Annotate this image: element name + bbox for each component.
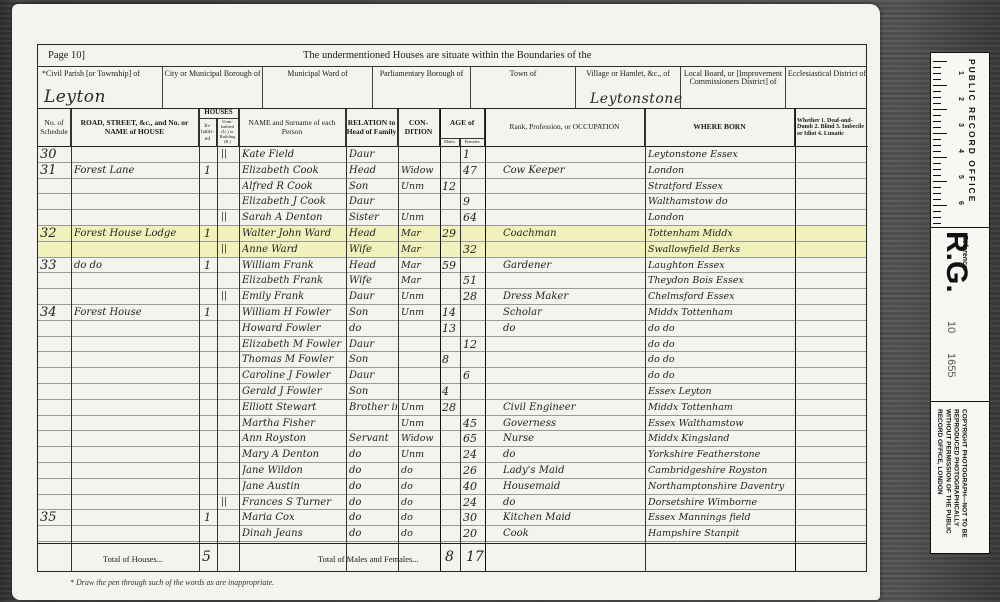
cell-inhabited: [204, 289, 216, 305]
cell-condition: Mar: [401, 242, 439, 258]
header-uninhabited: Unin-habited (U.) or Building (B.): [217, 119, 239, 147]
table-row: Ann RoystonServantWidow65NurseMiddx King…: [38, 431, 866, 447]
civil-parish-cell: *Civil Parish [or Township] of Leyton: [38, 67, 163, 109]
cell-inhabited: [204, 194, 216, 210]
ruler-tick: [933, 163, 941, 164]
cell-female: 12: [463, 337, 484, 353]
ruler-tick: [933, 61, 947, 62]
cell-occupation: Dress Maker: [503, 289, 643, 305]
cell-road: [74, 463, 198, 479]
cell-unin: [221, 384, 237, 400]
cell-female: 28: [463, 289, 484, 305]
rule: [217, 119, 218, 571]
rule: [239, 109, 240, 571]
cell-occupation: Housemaid: [503, 479, 643, 495]
ruler-tick: [933, 127, 941, 128]
cell-born: Middx Kingsland: [648, 431, 794, 447]
city-cell: City or Municipal Borough of: [163, 67, 263, 109]
table-row: ||Frances S Turnerdodo24doDorsetshire Wi…: [38, 495, 866, 511]
cell-relation: Daur: [349, 289, 397, 305]
cell-road: Forest Lane: [74, 163, 198, 179]
total-females-value: 17: [466, 548, 484, 568]
town-cell: Town of: [471, 67, 576, 109]
cell-born: Stratford Essex: [648, 179, 794, 195]
cell-road: [74, 194, 198, 210]
cell-name: William Frank: [242, 258, 345, 274]
rule: [398, 109, 399, 571]
ruler-tick: [933, 139, 941, 140]
header-infirmity: Whether 1. Deaf-and-Dumb 2. Blind 3. Imb…: [795, 109, 868, 147]
cell-unin: [221, 510, 237, 526]
cell-condition: Mar: [401, 273, 439, 289]
cell-male: [442, 273, 460, 289]
parliamentary-label: Parliamentary Borough of: [380, 69, 464, 78]
cell-unin: [221, 463, 237, 479]
header-females: Females: [460, 139, 485, 147]
cell-unin: [221, 258, 237, 274]
cell-schedule: 31: [40, 163, 70, 179]
table-row: Elizabeth FrankWifeMar51Theydon Bois Ess…: [38, 273, 866, 289]
table-row: Mary A DentondoUnm24doYorkshire Feathers…: [38, 447, 866, 463]
cell-male: 28: [442, 400, 460, 416]
cell-condition: Unm: [401, 400, 439, 416]
cell-occupation: do: [503, 495, 643, 511]
cell-condition: [401, 147, 439, 163]
cell-road: [74, 321, 198, 337]
cell-occupation: Kitchen Maid: [503, 510, 643, 526]
header-relation: RELATION to Head of Family: [346, 109, 398, 147]
cell-male: [442, 447, 460, 463]
cell-inhabited: [204, 273, 216, 289]
cell-relation: do: [349, 321, 397, 337]
cell-road: [74, 352, 198, 368]
cell-unin: ||: [221, 210, 237, 226]
ruler-tick: [933, 169, 941, 170]
cell-schedule: [40, 526, 70, 542]
cell-born: Essex Walthamstow: [648, 416, 794, 432]
cell-relation: Son: [349, 352, 397, 368]
cell-condition: Mar: [401, 226, 439, 242]
table-row: ||Anne WardWifeMar32Swallowfield Berks: [38, 242, 866, 258]
cell-female: 47: [463, 163, 484, 179]
cell-inhabited: 1: [204, 305, 216, 321]
cell-schedule: [40, 463, 70, 479]
cell-occupation: Governess: [503, 416, 643, 432]
cell-born: Walthamstow do: [648, 194, 794, 210]
cell-unin: [221, 416, 237, 432]
cell-road: [74, 384, 198, 400]
table-row: Alfred R CookSonUnm12Stratford Essex: [38, 179, 866, 195]
cell-condition: Unm: [401, 179, 439, 195]
cell-condition: [401, 337, 439, 353]
header-road: ROAD, STREET, &c., and No. or NAME of HO…: [71, 109, 199, 147]
table-row: 30||Kate FieldDaur1Leytonstone Essex: [38, 147, 866, 163]
header-age: AGE of: [440, 109, 485, 139]
header-schedule: No. of Schedule: [38, 109, 71, 147]
city-label: City or Municipal Borough of: [165, 69, 261, 78]
cell-male: [442, 416, 460, 432]
cell-male: [442, 289, 460, 305]
pro-reference-strip: PUBLIC RECORD OFFICE 123456 Reference:— …: [930, 52, 990, 554]
cell-condition: Unm: [401, 210, 439, 226]
cell-relation: Head: [349, 226, 397, 242]
cell-female: 24: [463, 447, 484, 463]
cell-occupation: Civil Engineer: [503, 400, 643, 416]
cell-male: 12: [442, 179, 460, 195]
ruler-number: 6: [957, 201, 964, 205]
cell-name: Ann Royston: [242, 431, 345, 447]
cell-inhabited: [204, 526, 216, 542]
series-code: R.G.: [939, 231, 973, 293]
cell-inhabited: 1: [204, 258, 216, 274]
cell-occupation: [503, 210, 643, 226]
cell-name: William H Fowler: [242, 305, 345, 321]
cell-unin: [221, 431, 237, 447]
header-houses: HOUSES: [199, 109, 239, 119]
ward-label: Municipal Ward of: [287, 69, 348, 78]
ruler-tick: [933, 151, 941, 152]
cell-name: Thomas M Fowler: [242, 352, 345, 368]
cell-male: 14: [442, 305, 460, 321]
table-row: Jane Wildondodo26Lady's MaidCambridgeshi…: [38, 463, 866, 479]
cell-schedule: [40, 352, 70, 368]
cell-occupation: Cow Keeper: [503, 163, 643, 179]
cell-condition: [401, 368, 439, 384]
cell-unin: [221, 526, 237, 542]
cell-occupation: Gardener: [503, 258, 643, 274]
table-row: Howard Fowlerdo13dodo do: [38, 321, 866, 337]
cell-schedule: [40, 495, 70, 511]
cell-road: [74, 368, 198, 384]
cell-condition: do: [401, 495, 439, 511]
cell-born: Yorkshire Featherstone: [648, 447, 794, 463]
cell-female: [463, 400, 484, 416]
table-row: ||Sarah A DentonSisterUnm64London: [38, 210, 866, 226]
ruler-number: 2: [957, 97, 964, 101]
ruler-tick: [933, 181, 947, 182]
cell-relation: do: [349, 479, 397, 495]
cell-relation: Wife: [349, 273, 397, 289]
ruler-tick: [933, 193, 941, 194]
page-header: Page 10] The undermentioned Houses are s…: [38, 45, 866, 67]
header-where-born: WHERE BORN: [645, 109, 795, 147]
cell-unin: [221, 368, 237, 384]
cell-road: [74, 289, 198, 305]
cell-schedule: 33: [40, 258, 70, 274]
cell-female: [463, 179, 484, 195]
ruler-number: 5: [957, 175, 964, 179]
cell-born: Cambridgeshire Royston: [648, 463, 794, 479]
cell-occupation: [503, 242, 643, 258]
cell-schedule: [40, 447, 70, 463]
copyright-notice: COPYRIGHT PHOTOGRAPH—NOT TO BE REPRODUCE…: [935, 409, 968, 549]
civil-parish-label: *Civil Parish [or Township] of: [42, 69, 140, 78]
cell-occupation: Cook: [503, 526, 643, 542]
table-row: Jane Austindodo40HousemaidNorthamptonshi…: [38, 479, 866, 495]
cell-name: Jane Austin: [242, 479, 345, 495]
cell-occupation: Lady's Maid: [503, 463, 643, 479]
cell-name: Maria Cox: [242, 510, 345, 526]
cell-born: do do: [648, 321, 794, 337]
cell-name: Emily Frank: [242, 289, 345, 305]
cell-road: [74, 179, 198, 195]
cell-inhabited: [204, 147, 216, 163]
cell-schedule: 35: [40, 510, 70, 526]
cell-female: 9: [463, 194, 484, 210]
cell-condition: Mar: [401, 258, 439, 274]
cell-name: Sarah A Denton: [242, 210, 345, 226]
footnote: * Draw the pen through such of the words…: [70, 578, 274, 587]
cell-unin: [221, 400, 237, 416]
cell-schedule: [40, 273, 70, 289]
cell-name: Elizabeth J Cook: [242, 194, 345, 210]
cell-relation: do: [349, 510, 397, 526]
ruler-number: 4: [957, 149, 964, 153]
cell-name: Martha Fisher: [242, 416, 345, 432]
cell-female: 24: [463, 495, 484, 511]
cell-unin: ||: [221, 147, 237, 163]
cell-born: Swallowfield Berks: [648, 242, 794, 258]
cell-inhabited: [204, 242, 216, 258]
cell-born: Essex Mannings field: [648, 510, 794, 526]
cell-name: Mary A Denton: [242, 447, 345, 463]
cell-male: [442, 194, 460, 210]
cell-relation: Son: [349, 305, 397, 321]
cell-born: Middx Tottenham: [648, 305, 794, 321]
cell-condition: do: [401, 463, 439, 479]
cell-road: [74, 242, 198, 258]
cell-condition: Unm: [401, 289, 439, 305]
page-number: Page 10]: [48, 50, 85, 61]
rule: [440, 109, 441, 571]
cell-inhabited: [204, 431, 216, 447]
village-cell: Village or Hamlet, &c., of Leytonstone: [576, 67, 681, 109]
cell-male: [442, 163, 460, 179]
cell-name: Gerald J Fowler: [242, 384, 345, 400]
cell-relation: Son: [349, 384, 397, 400]
cell-schedule: [40, 479, 70, 495]
cell-occupation: do: [503, 321, 643, 337]
cell-occupation: [503, 352, 643, 368]
cell-condition: Unm: [401, 416, 439, 432]
cell-female: 51: [463, 273, 484, 289]
cell-unin: ||: [221, 495, 237, 511]
ruler-tick: [933, 67, 941, 68]
cell-name: Howard Fowler: [242, 321, 345, 337]
cell-born: do do: [648, 352, 794, 368]
cell-male: [442, 431, 460, 447]
ruler-number: 3: [957, 123, 964, 127]
ruler-tick: [933, 217, 941, 218]
cell-road: Forest House: [74, 305, 198, 321]
cell-born: Leytonstone Essex: [648, 147, 794, 163]
cell-unin: [221, 305, 237, 321]
cell-schedule: [40, 337, 70, 353]
header-occupation: Rank, Profession, or OCCUPATION: [485, 109, 645, 147]
cell-schedule: [40, 242, 70, 258]
cell-female: [463, 321, 484, 337]
cell-born: Chelmsford Essex: [648, 289, 794, 305]
cell-name: Caroline J Fowler: [242, 368, 345, 384]
cell-relation: Sister: [349, 210, 397, 226]
cell-road: Forest House Lodge: [74, 226, 198, 242]
cell-occupation: Scholar: [503, 305, 643, 321]
cell-inhabited: [204, 368, 216, 384]
cell-road: [74, 147, 198, 163]
ecclesiastical-label: Ecclesiastical District of: [788, 69, 866, 78]
rule: [460, 139, 461, 571]
table-row: Elliott StewartBrother in lawUnm28Civil …: [38, 400, 866, 416]
rule: [795, 109, 796, 571]
cell-unin: [221, 352, 237, 368]
cell-relation: Wife: [349, 242, 397, 258]
cell-male: 29: [442, 226, 460, 242]
ruler-tick: [933, 121, 941, 122]
cell-female: 30: [463, 510, 484, 526]
cell-male: 4: [442, 384, 460, 400]
cell-unin: [221, 179, 237, 195]
cell-inhabited: 1: [204, 163, 216, 179]
cell-female: 45: [463, 416, 484, 432]
cell-relation: do: [349, 526, 397, 542]
header-males: Males: [440, 139, 460, 147]
cell-born: Essex Leyton: [648, 384, 794, 400]
cell-born: do do: [648, 368, 794, 384]
cell-born: do do: [648, 337, 794, 353]
cell-unin: [221, 479, 237, 495]
ruler-tick: [933, 115, 941, 116]
cell-relation: Head: [349, 258, 397, 274]
civil-parish-value: Leyton: [44, 89, 106, 107]
cell-inhabited: [204, 495, 216, 511]
cell-inhabited: [204, 416, 216, 432]
cell-road: [74, 510, 198, 526]
cell-occupation: Coachman: [503, 226, 643, 242]
cell-relation: Daur: [349, 368, 397, 384]
cell-schedule: [40, 431, 70, 447]
table-row: Thomas M FowlerSon8do do: [38, 352, 866, 368]
table-row: Elizabeth J CookDaur9Walthamstow do: [38, 194, 866, 210]
ruler-tick: [933, 187, 941, 188]
cell-schedule: 34: [40, 305, 70, 321]
cell-occupation: do: [503, 447, 643, 463]
cell-relation: Servant: [349, 431, 397, 447]
cell-name: Walter John Ward: [242, 226, 345, 242]
cell-female: [463, 258, 484, 274]
ruler-tick: [933, 97, 941, 98]
page-title: The undermentioned Houses are situate wi…: [303, 50, 591, 61]
cell-relation: Daur: [349, 194, 397, 210]
ruler-tick: [933, 109, 947, 110]
header-name: NAME and Surname of each Person: [239, 109, 346, 147]
cell-condition: Unm: [401, 305, 439, 321]
cell-inhabited: [204, 447, 216, 463]
table-row: 32Forest House Lodge1Walter John WardHea…: [38, 226, 866, 242]
cell-relation: Son: [349, 179, 397, 195]
cell-male: 59: [442, 258, 460, 274]
ruler-tick: [933, 79, 941, 80]
cell-male: [442, 526, 460, 542]
local-board-cell: Local Board, or [Improvement Commissione…: [681, 67, 786, 109]
cell-road: [74, 210, 198, 226]
ruler: PUBLIC RECORD OFFICE 123456: [931, 53, 989, 228]
rule: [71, 109, 72, 571]
cell-male: [442, 510, 460, 526]
cell-name: Anne Ward: [242, 242, 345, 258]
cell-inhabited: [204, 321, 216, 337]
cell-male: [442, 147, 460, 163]
cell-name: Kate Field: [242, 147, 345, 163]
cell-condition: do: [401, 526, 439, 542]
cell-inhabited: [204, 400, 216, 416]
rule: [645, 109, 646, 571]
census-form: Page 10] The undermentioned Houses are s…: [37, 44, 867, 572]
cell-road: [74, 447, 198, 463]
cell-road: [74, 479, 198, 495]
ruler-tick: [933, 157, 947, 158]
cell-schedule: [40, 384, 70, 400]
ruler-tick: [933, 199, 941, 200]
cell-relation: Daur: [349, 147, 397, 163]
ruler-tick: [933, 223, 941, 224]
cell-female: 1: [463, 147, 484, 163]
cell-born: Dorsetshire Wimborne: [648, 495, 794, 511]
cell-road: [74, 400, 198, 416]
table-row: ||Emily FrankDaurUnm28Dress MakerChelmsf…: [38, 289, 866, 305]
cell-inhabited: [204, 463, 216, 479]
table-row: 351Maria Coxdodo30Kitchen MaidEssex Mann…: [38, 510, 866, 526]
cell-male: [442, 242, 460, 258]
ruler-tick: [933, 145, 941, 146]
village-label: Village or Hamlet, &c., of: [586, 69, 670, 78]
rule: [199, 109, 200, 571]
cell-born: Laughton Essex: [648, 258, 794, 274]
totals-row: Total of Houses... 5 Total of Males and …: [38, 543, 866, 573]
cell-name: Elizabeth Cook: [242, 163, 345, 179]
cell-male: 8: [442, 352, 460, 368]
pro-office-label: PUBLIC RECORD OFFICE: [967, 59, 977, 203]
ruler-tick: [933, 175, 941, 176]
cell-name: Elizabeth M Fowler: [242, 337, 345, 353]
cell-name: Elliott Stewart: [242, 400, 345, 416]
cell-inhabited: [204, 179, 216, 195]
cell-name: Jane Wildon: [242, 463, 345, 479]
ruler-tick: [933, 205, 947, 206]
cell-female: 20: [463, 526, 484, 542]
cell-occupation: [503, 273, 643, 289]
cell-male: [442, 479, 460, 495]
total-houses-label: Total of Houses...: [103, 554, 163, 564]
cell-female: [463, 352, 484, 368]
cell-female: [463, 305, 484, 321]
cell-relation: Daur: [349, 337, 397, 353]
table-row: Martha FisherUnm45GovernessEssex Waltham…: [38, 416, 866, 432]
cell-unin: ||: [221, 242, 237, 258]
cell-male: [442, 210, 460, 226]
ruler-tick: [933, 85, 947, 86]
cell-inhabited: 1: [204, 510, 216, 526]
ruler-tick: [933, 103, 941, 104]
cell-condition: do: [401, 510, 439, 526]
total-persons-label: Total of Males and Females...: [318, 554, 419, 564]
cell-born: London: [648, 210, 794, 226]
cell-female: 6: [463, 368, 484, 384]
cell-inhabited: [204, 210, 216, 226]
cell-relation: Head: [349, 163, 397, 179]
cell-born: Hampshire Stanpit: [648, 526, 794, 542]
cell-male: [442, 495, 460, 511]
cell-road: [74, 526, 198, 542]
